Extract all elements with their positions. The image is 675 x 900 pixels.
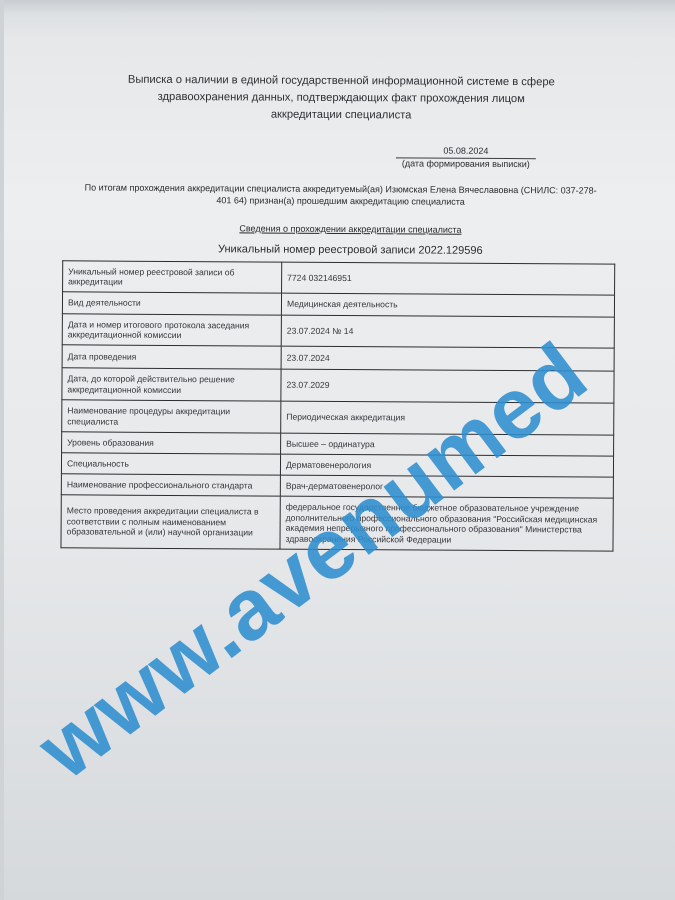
row-label: Специальность [61, 453, 280, 475]
row-label: Наименование процедуры аккредитации спец… [62, 400, 281, 433]
issue-date-block: 05.08.2024 (дата формирования выписки) [396, 145, 536, 170]
row-label: Наименование профессионального стандарта [61, 474, 280, 496]
row-value: 7724 032146951 [282, 262, 615, 295]
document-page: Выписка о наличии в единой государственн… [0, 0, 675, 900]
table-row: Наименование процедуры аккредитации спец… [62, 400, 614, 435]
row-value: 23.07.2024 № 14 [281, 315, 614, 348]
issue-date: 05.08.2024 [396, 145, 536, 159]
row-value: Медицинская деятельность [281, 293, 614, 317]
row-label: Дата проведения [62, 345, 281, 369]
row-label: Место проведения аккредитации специалист… [61, 495, 280, 549]
table-row: Дата и номер итогового протокола заседан… [62, 314, 614, 348]
row-value: Периодическая аккредитация [281, 401, 614, 435]
row-label: Дата, до которой действительно решение а… [62, 368, 281, 401]
table-row: Место проведения аккредитации специалист… [61, 495, 613, 551]
table-row: Уникальный номер реестровой записи об ак… [63, 261, 615, 295]
table-row: Дата проведения 23.07.2024 [62, 345, 614, 371]
row-value: Дерматовенерология [280, 454, 613, 477]
document-title: Выписка о наличии в единой государственн… [121, 72, 561, 126]
row-label: Уникальный номер реестровой записи об ак… [63, 261, 282, 293]
row-label: Дата и номер итогового протокола заседан… [62, 314, 281, 346]
section-heading: Сведения о прохождении аккредитации спец… [200, 223, 500, 235]
row-value: федеральное государственное бюджетное об… [280, 496, 613, 551]
intro-paragraph: По итогам прохождения аккредитации специ… [81, 182, 601, 208]
row-label: Вид деятельности [62, 292, 281, 315]
table-row: Дата, до которой действительно решение а… [62, 368, 614, 403]
row-value: 23.07.2029 [281, 369, 614, 403]
row-label: Уровень образования [62, 432, 281, 454]
registry-number-heading: Уникальный номер реестровой записи 2022.… [170, 243, 530, 257]
row-value: 23.07.2024 [281, 346, 614, 371]
row-value: Высшее – ординатура [281, 433, 614, 456]
accreditation-table: Уникальный номер реестровой записи об ак… [60, 260, 615, 551]
issue-date-caption: (дата формирования выписки) [396, 158, 536, 170]
row-value: Врач-дерматовенеролог [280, 475, 613, 498]
